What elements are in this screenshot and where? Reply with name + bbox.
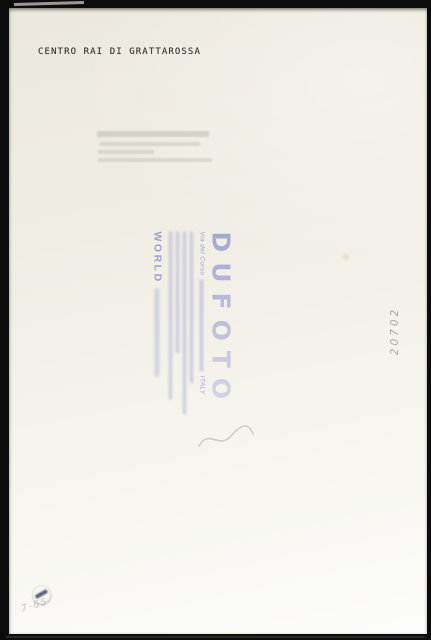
illegible-stamp-line <box>176 232 180 354</box>
paper-edge-sliver <box>14 1 84 6</box>
illegible-stamp-line <box>97 131 209 137</box>
pencil-date-mark: 7-65 <box>20 596 50 614</box>
typewritten-caption: CENTRO RAI DI GRATTAROSSA <box>38 47 201 57</box>
stamp-agency-name: DUFOTO <box>208 232 234 432</box>
stamp-address-end: ITALY <box>199 376 206 395</box>
photo-verso-paper: CENTRO RAI DI GRATTAROSSA DUFOTO Via del… <box>9 8 427 634</box>
illegible-stamp-line <box>98 158 212 162</box>
stamp-address-start: Via del Corso <box>199 232 206 276</box>
illegible-stamp-segment <box>200 280 204 372</box>
handwritten-number: 20702 <box>389 301 405 361</box>
illegible-stamp-line <box>190 232 194 384</box>
illegible-stamp-line <box>183 232 187 415</box>
dufoto-ink-stamp: DUFOTO Via del Corso ITALY WORLD <box>139 232 234 432</box>
illegible-stamp-line <box>98 150 154 154</box>
border-hairline <box>6 636 425 638</box>
faded-agency-stamp <box>97 131 222 179</box>
illegible-stamp-line <box>169 232 173 400</box>
illegible-stamp-line <box>100 142 200 146</box>
photo-border-frame: CENTRO RAI DI GRATTAROSSA DUFOTO Via del… <box>0 0 431 640</box>
stamp-world-line: WORLD <box>152 232 164 432</box>
illegible-stamp-segment <box>155 289 160 377</box>
pencil-squiggle <box>195 414 257 456</box>
stamp-world-word: WORLD <box>152 232 164 284</box>
stamp-address-line: Via del Corso ITALY <box>199 232 206 432</box>
